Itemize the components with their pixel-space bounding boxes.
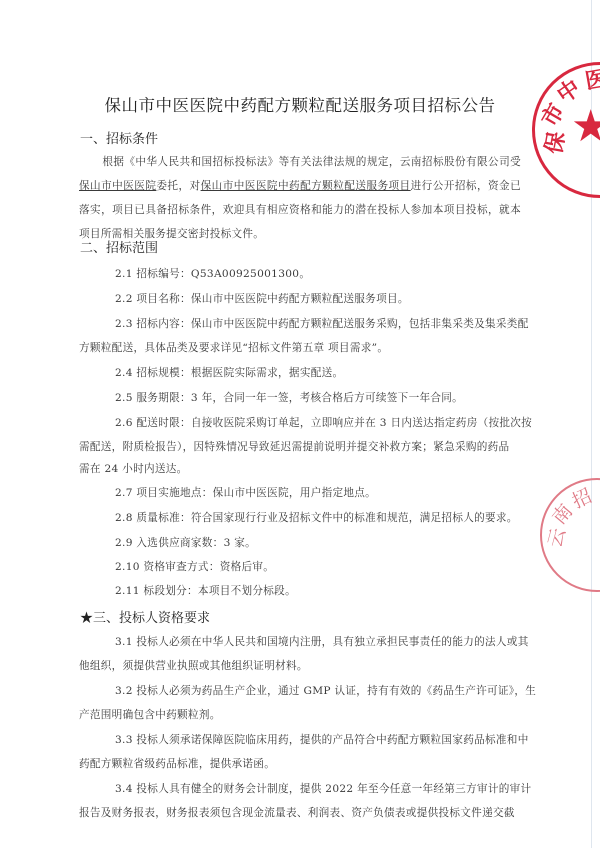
- para-text: 根据《中华人民共和国招标投标法》等有关法律法规的规定，云南招标股份有限公司受: [102, 156, 521, 168]
- item-3-1-cont: 他组织，须提供营业执照或其他组织证明材料。: [79, 658, 308, 673]
- document-title: 保山市中医医院中药配方颗粒配送服务项目招标公告: [0, 92, 600, 116]
- item-2-3: 2.3 招标内容：保山市中医医院中药配方颗粒配送服务采购，包括非集采类及集采类配: [115, 316, 529, 331]
- item-2-9: 2.9 入选供应商家数：3 家。: [115, 535, 256, 550]
- item-2-6-cont: 需配送，附质检报告），因特殊情况导致延迟需提前说明并提交补救方案；紧急采购的药品: [79, 439, 509, 454]
- section-1-heading: 一、招标条件: [80, 128, 158, 147]
- hospital-seal: 保 市 中 医 ★: [532, 62, 600, 198]
- item-3-3-cont: 药配方颗粒省级药品标准，提供承诺函。: [79, 756, 275, 771]
- section-2-heading: 二、招标范围: [80, 237, 158, 256]
- item-2-8: 2.8 质量标准：符合国家现行行业及招标文件中的标准和规范，满足招标人的要求。: [115, 510, 518, 525]
- star-icon: ★: [571, 101, 600, 152]
- item-2-11: 2.11 标段划分：本项目不划分标段。: [115, 583, 296, 598]
- item-3-2: 3.2 投标人必须为药品生产企业，通过 GMP 认证，持有有效的《药品生产许可证…: [115, 683, 536, 698]
- item-3-3: 3.3 投标人须承诺保障医院临床用药，提供的产品符合中药配方颗粒国家药品标准和中: [115, 732, 529, 747]
- para-text: 进行公开招标，资金已: [411, 180, 521, 192]
- item-3-4: 3.4 投标人具有健全的财务会计制度，提供 2022 年至今任意一年经第三方审计…: [115, 781, 531, 796]
- item-3-2-cont: 产范围明确包含中药颗粒剂。: [79, 707, 221, 722]
- item-2-2: 2.2 项目名称：保山市中医医院中药配方颗粒配送服务项目。: [115, 291, 409, 306]
- item-3-1: 3.1 投标人必须在中华人民共和国境内注册，具有独立承担民事责任的能力的法人或其: [115, 634, 529, 649]
- item-2-10: 2.10 资格审查方式：资格后审。: [115, 559, 274, 574]
- item-2-6: 2.6 配送时限：自接收医院采购订单起，立即响应并在 3 日内送达指定药房（按批…: [115, 415, 532, 430]
- item-2-1: 2.1 招标编号：Q53A00925001300。: [115, 266, 310, 281]
- item-2-3-cont: 方颗粒配送，具体品类及要求详见“招标文件第五章 项目需求”。: [79, 340, 388, 355]
- project-name: 保山市中医医院中药配方颗粒配送服务项目: [201, 180, 411, 192]
- para-text: 落实，项目已具备招标条件，欢迎具有相应资格和能力的潜在投标人参加本项目投标，就本: [79, 204, 521, 216]
- section-1-paragraph: 根据《中华人民共和国招标投标法》等有关法律法规的规定，云南招标股份有限公司受保山…: [79, 150, 521, 246]
- para-text: 委托，对: [156, 180, 200, 192]
- agency-seal: 云 南 招: [540, 478, 600, 592]
- seal-char: 保: [537, 129, 571, 156]
- tenderer-name: 保山市中医医院: [79, 180, 156, 192]
- section-3-heading: ★三、投标人资格要求: [80, 607, 210, 626]
- item-2-4: 2.4 招标规模：根据医院实际需求，据实配送。: [115, 365, 343, 380]
- item-2-7: 2.7 项目实施地点：保山市中医医院，用户指定地点。: [115, 485, 376, 500]
- seal-char: 医: [582, 61, 600, 95]
- item-2-5: 2.5 服务期限：3 年，合同一年一签，考核合格后方可续签下一年合同。: [115, 390, 463, 405]
- item-3-4-cont: 报告及财务报表，财务报表须包含现金流量表、利润表、资产负债表或提供投标文件递交截: [79, 805, 515, 820]
- item-2-6-cont2: 需在 24 小时内送达。: [79, 461, 188, 476]
